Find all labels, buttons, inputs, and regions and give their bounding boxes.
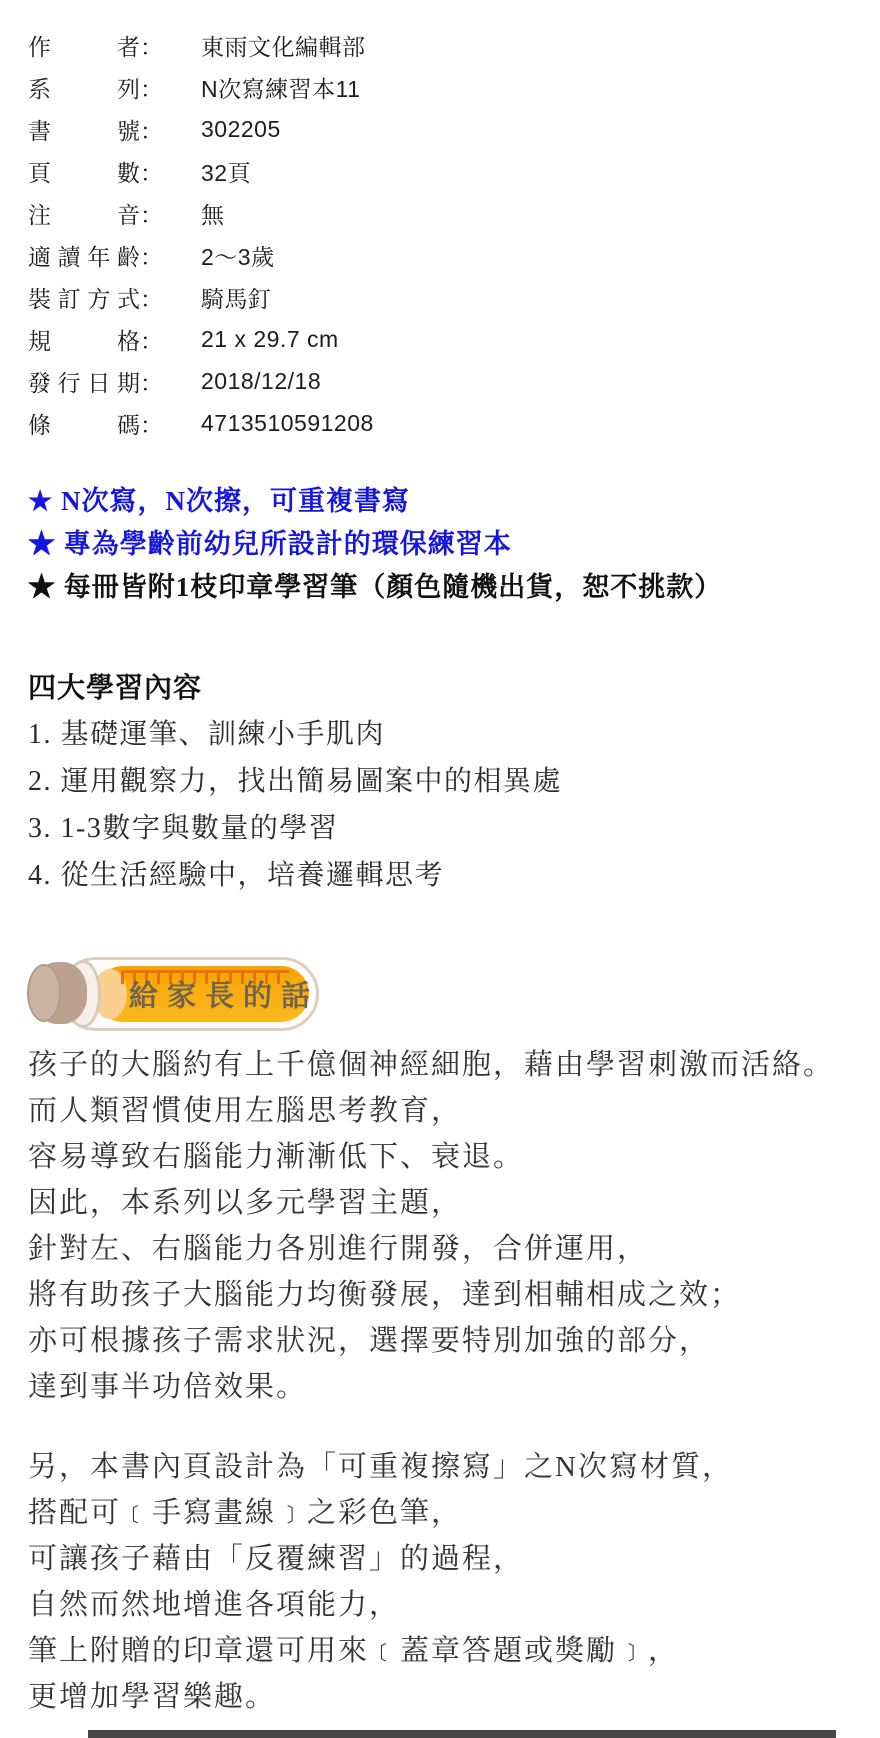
meta-row-barcode: 條碼： 4713510591208 [28, 402, 880, 444]
book-metadata: 作者： 東雨文化編輯部 系列： N次寫練習本11 書號： 302205 頁數： … [28, 24, 880, 444]
meta-value: 無 [201, 197, 225, 230]
meta-value: 302205 [201, 116, 281, 143]
parents-note-paragraph-2: 另，本書內頁設計為「可重複擦寫」之N次寫材質， 搭配可﹝手寫畫線﹞之彩色筆， 可… [28, 1444, 880, 1720]
note-line: 針對左、右腦能力各別進行開發，合併運用， [28, 1226, 880, 1272]
note-line: 孩子的大腦約有上千億個神經細胞，藉由學習刺激而活絡。 [28, 1042, 880, 1088]
parents-note-text: 孩子的大腦約有上千億個神經細胞，藉由學習刺激而活絡。 而人類習慣使用左腦思考教育… [28, 1042, 880, 1720]
meta-row-pages: 頁數： 32頁 [28, 150, 880, 192]
meta-row-phonetic: 注音： 無 [28, 192, 880, 234]
meta-colon: ： [140, 281, 163, 314]
meta-value: 東雨文化編輯部 [201, 29, 366, 62]
learning-item-1: 1. 基礎運筆、訓練小手肌肉 [28, 711, 880, 758]
banner-label: 給家長的話 [129, 974, 319, 1015]
meta-label: 適讀年齡 [28, 239, 140, 272]
learning-item-3: 3. 1-3數字與數量的學習 [28, 805, 880, 852]
note-line: 可讓孩子藉由「反覆練習」的過程， [28, 1536, 880, 1582]
note-line: 容易導致右腦能力漸漸低下、衰退。 [28, 1134, 880, 1180]
highlight-eco-preschool: ★ 專為學齡前幼兒所設計的環保練習本 [28, 523, 880, 566]
meta-label: 作者 [28, 29, 140, 62]
meta-label: 注音 [28, 197, 140, 230]
learning-item-2: 2. 運用觀察力，找出簡易圖案中的相異處 [28, 758, 880, 805]
meta-colon: ： [140, 323, 163, 356]
meta-colon: ： [140, 365, 163, 398]
meta-colon: ： [140, 113, 163, 146]
meta-value: 騎馬釘 [201, 281, 272, 314]
note-line: 達到事半功倍效果。 [28, 1364, 880, 1410]
meta-row-series: 系列： N次寫練習本11 [28, 66, 880, 108]
note-line: 亦可根據孩子需求狀況，選擇要特別加強的部分， [28, 1318, 880, 1364]
meta-row-author: 作者： 東雨文化編輯部 [28, 24, 880, 66]
learning-item-4: 4. 從生活經驗中，培養邏輯思考 [28, 852, 880, 899]
meta-colon: ： [140, 407, 163, 440]
bottom-image-edge [88, 1730, 836, 1738]
note-line: 更增加學習樂趣。 [28, 1674, 880, 1720]
meta-label: 系列 [28, 71, 140, 104]
note-line: 因此，本系列以多元學習主題， [28, 1180, 880, 1226]
book-detail-page: 作者： 東雨文化編輯部 系列： N次寫練習本11 書號： 302205 頁數： … [0, 0, 880, 1738]
note-line: 自然而然地增進各項能力， [28, 1582, 880, 1628]
bottle-cork-face-icon [27, 964, 61, 1022]
note-line: 另，本書內頁設計為「可重複擦寫」之N次寫材質， [28, 1444, 880, 1490]
meta-label: 書號 [28, 113, 140, 146]
meta-value: N次寫練習本11 [201, 71, 361, 104]
meta-row-reading-age: 適讀年齡： 2～3歲 [28, 234, 880, 276]
meta-label: 裝訂方式 [28, 281, 140, 314]
parents-note-paragraph-1: 孩子的大腦約有上千億個神經細胞，藉由學習刺激而活絡。 而人類習慣使用左腦思考教育… [28, 1042, 880, 1410]
note-line: 筆上附贈的印章還可用來﹝蓋章答題或獎勵﹞， [28, 1628, 880, 1674]
learning-content-section: 四大學習內容 1. 基礎運筆、訓練小手肌肉 2. 運用觀察力，找出簡易圖案中的相… [28, 665, 880, 899]
meta-colon: ： [140, 29, 163, 62]
parents-note-banner: 給家長的話 [25, 954, 321, 1034]
feature-highlights: ★ N次寫，N次擦，可重複書寫 ★ 專為學齡前幼兒所設計的環保練習本 ★ 每冊皆… [28, 480, 880, 609]
meta-row-release-date: 發行日期： 2018/12/18 [28, 360, 880, 402]
note-line: 搭配可﹝手寫畫線﹞之彩色筆， [28, 1490, 880, 1536]
meta-value: 2～3歲 [201, 239, 275, 272]
highlight-rewritable: ★ N次寫，N次擦，可重複書寫 [28, 480, 880, 523]
meta-row-size: 規格： 21 x 29.7 cm [28, 318, 880, 360]
meta-label: 條碼 [28, 407, 140, 440]
meta-colon: ： [140, 155, 163, 188]
meta-colon: ： [140, 239, 163, 272]
note-line: 將有助孩子大腦能力均衡發展，達到相輔相成之效； [28, 1272, 880, 1318]
learning-heading: 四大學習內容 [28, 665, 880, 711]
meta-value: 4713510591208 [201, 410, 374, 437]
meta-row-book-number: 書號： 302205 [28, 108, 880, 150]
highlight-pen-included: ★ 每冊皆附1枝印章學習筆（顏色隨機出貨，恕不挑款） [28, 566, 880, 609]
meta-label: 頁數 [28, 155, 140, 188]
meta-row-binding: 裝訂方式： 騎馬釘 [28, 276, 880, 318]
meta-value: 21 x 29.7 cm [201, 326, 339, 353]
meta-label: 規格 [28, 323, 140, 356]
meta-value: 2018/12/18 [201, 368, 321, 395]
meta-label: 發行日期 [28, 365, 140, 398]
meta-colon: ： [140, 71, 163, 104]
note-line: 而人類習慣使用左腦思考教育， [28, 1088, 880, 1134]
meta-colon: ： [140, 197, 163, 230]
meta-value: 32頁 [201, 155, 251, 188]
